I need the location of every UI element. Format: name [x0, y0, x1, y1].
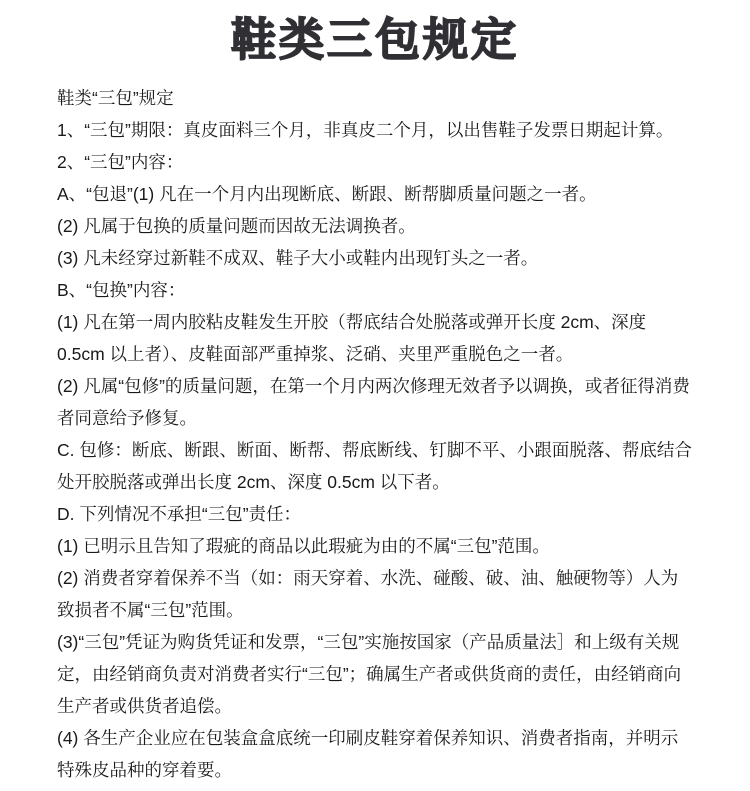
paragraph: C. 包修：断底、断跟、断面、断帮、帮底断线、钉脚不平、小跟面脱落、帮底结合处开… [57, 434, 694, 498]
paragraph: (2) 凡属于包换的质量问题而因故无法调换者。 [57, 210, 694, 242]
document-title: 鞋类三包规定 [0, 10, 750, 72]
paragraph: A、“包退”(1) 凡在一个月内出现断底、断跟、断帮脚质量问题之一者。 [57, 178, 694, 210]
paragraph: (1) 凡在第一周内胶粘皮鞋发生开胶（帮底结合处脱落或弹开长度 2cm、深度 0… [57, 306, 694, 370]
paragraph: 鞋类“三包”规定 [57, 82, 694, 114]
paragraph: 1、“三包”期限：真皮面料三个月，非真皮二个月，以出售鞋子发票日期起计算。 [57, 114, 694, 146]
paragraph: (1) 已明示且告知了瑕疵的商品以此瑕疵为由的不属“三包”范围。 [57, 530, 694, 562]
paragraph: 2、“三包”内容： [57, 146, 694, 178]
paragraph: (4) 各生产企业应在包装盒盒底统一印刷皮鞋穿着保养知识、消费者指南，并明示特殊… [57, 722, 694, 786]
paragraph: (3)“三包”凭证为购货凭证和发票，“三包”实施按国家（产品质量法］和上级有关规… [57, 626, 694, 722]
paragraph: D. 下列情况不承担“三包”责任： [57, 498, 694, 530]
document-body: 鞋类“三包”规定 1、“三包”期限：真皮面料三个月，非真皮二个月，以出售鞋子发票… [57, 82, 694, 786]
document-page: 鞋类三包规定 鞋类“三包”规定 1、“三包”期限：真皮面料三个月，非真皮二个月，… [0, 0, 750, 791]
paragraph: B、“包换”内容： [57, 274, 694, 306]
paragraph: (2) 凡属“包修”的质量问题，在第一个月内两次修理无效者予以调换，或者征得消费… [57, 370, 694, 434]
paragraph: (3) 凡未经穿过新鞋不成双、鞋子大小或鞋内出现钉头之一者。 [57, 242, 694, 274]
paragraph: (2) 消费者穿着保养不当（如：雨天穿着、水洗、碰酸、破、油、触硬物等）人为致损… [57, 562, 694, 626]
